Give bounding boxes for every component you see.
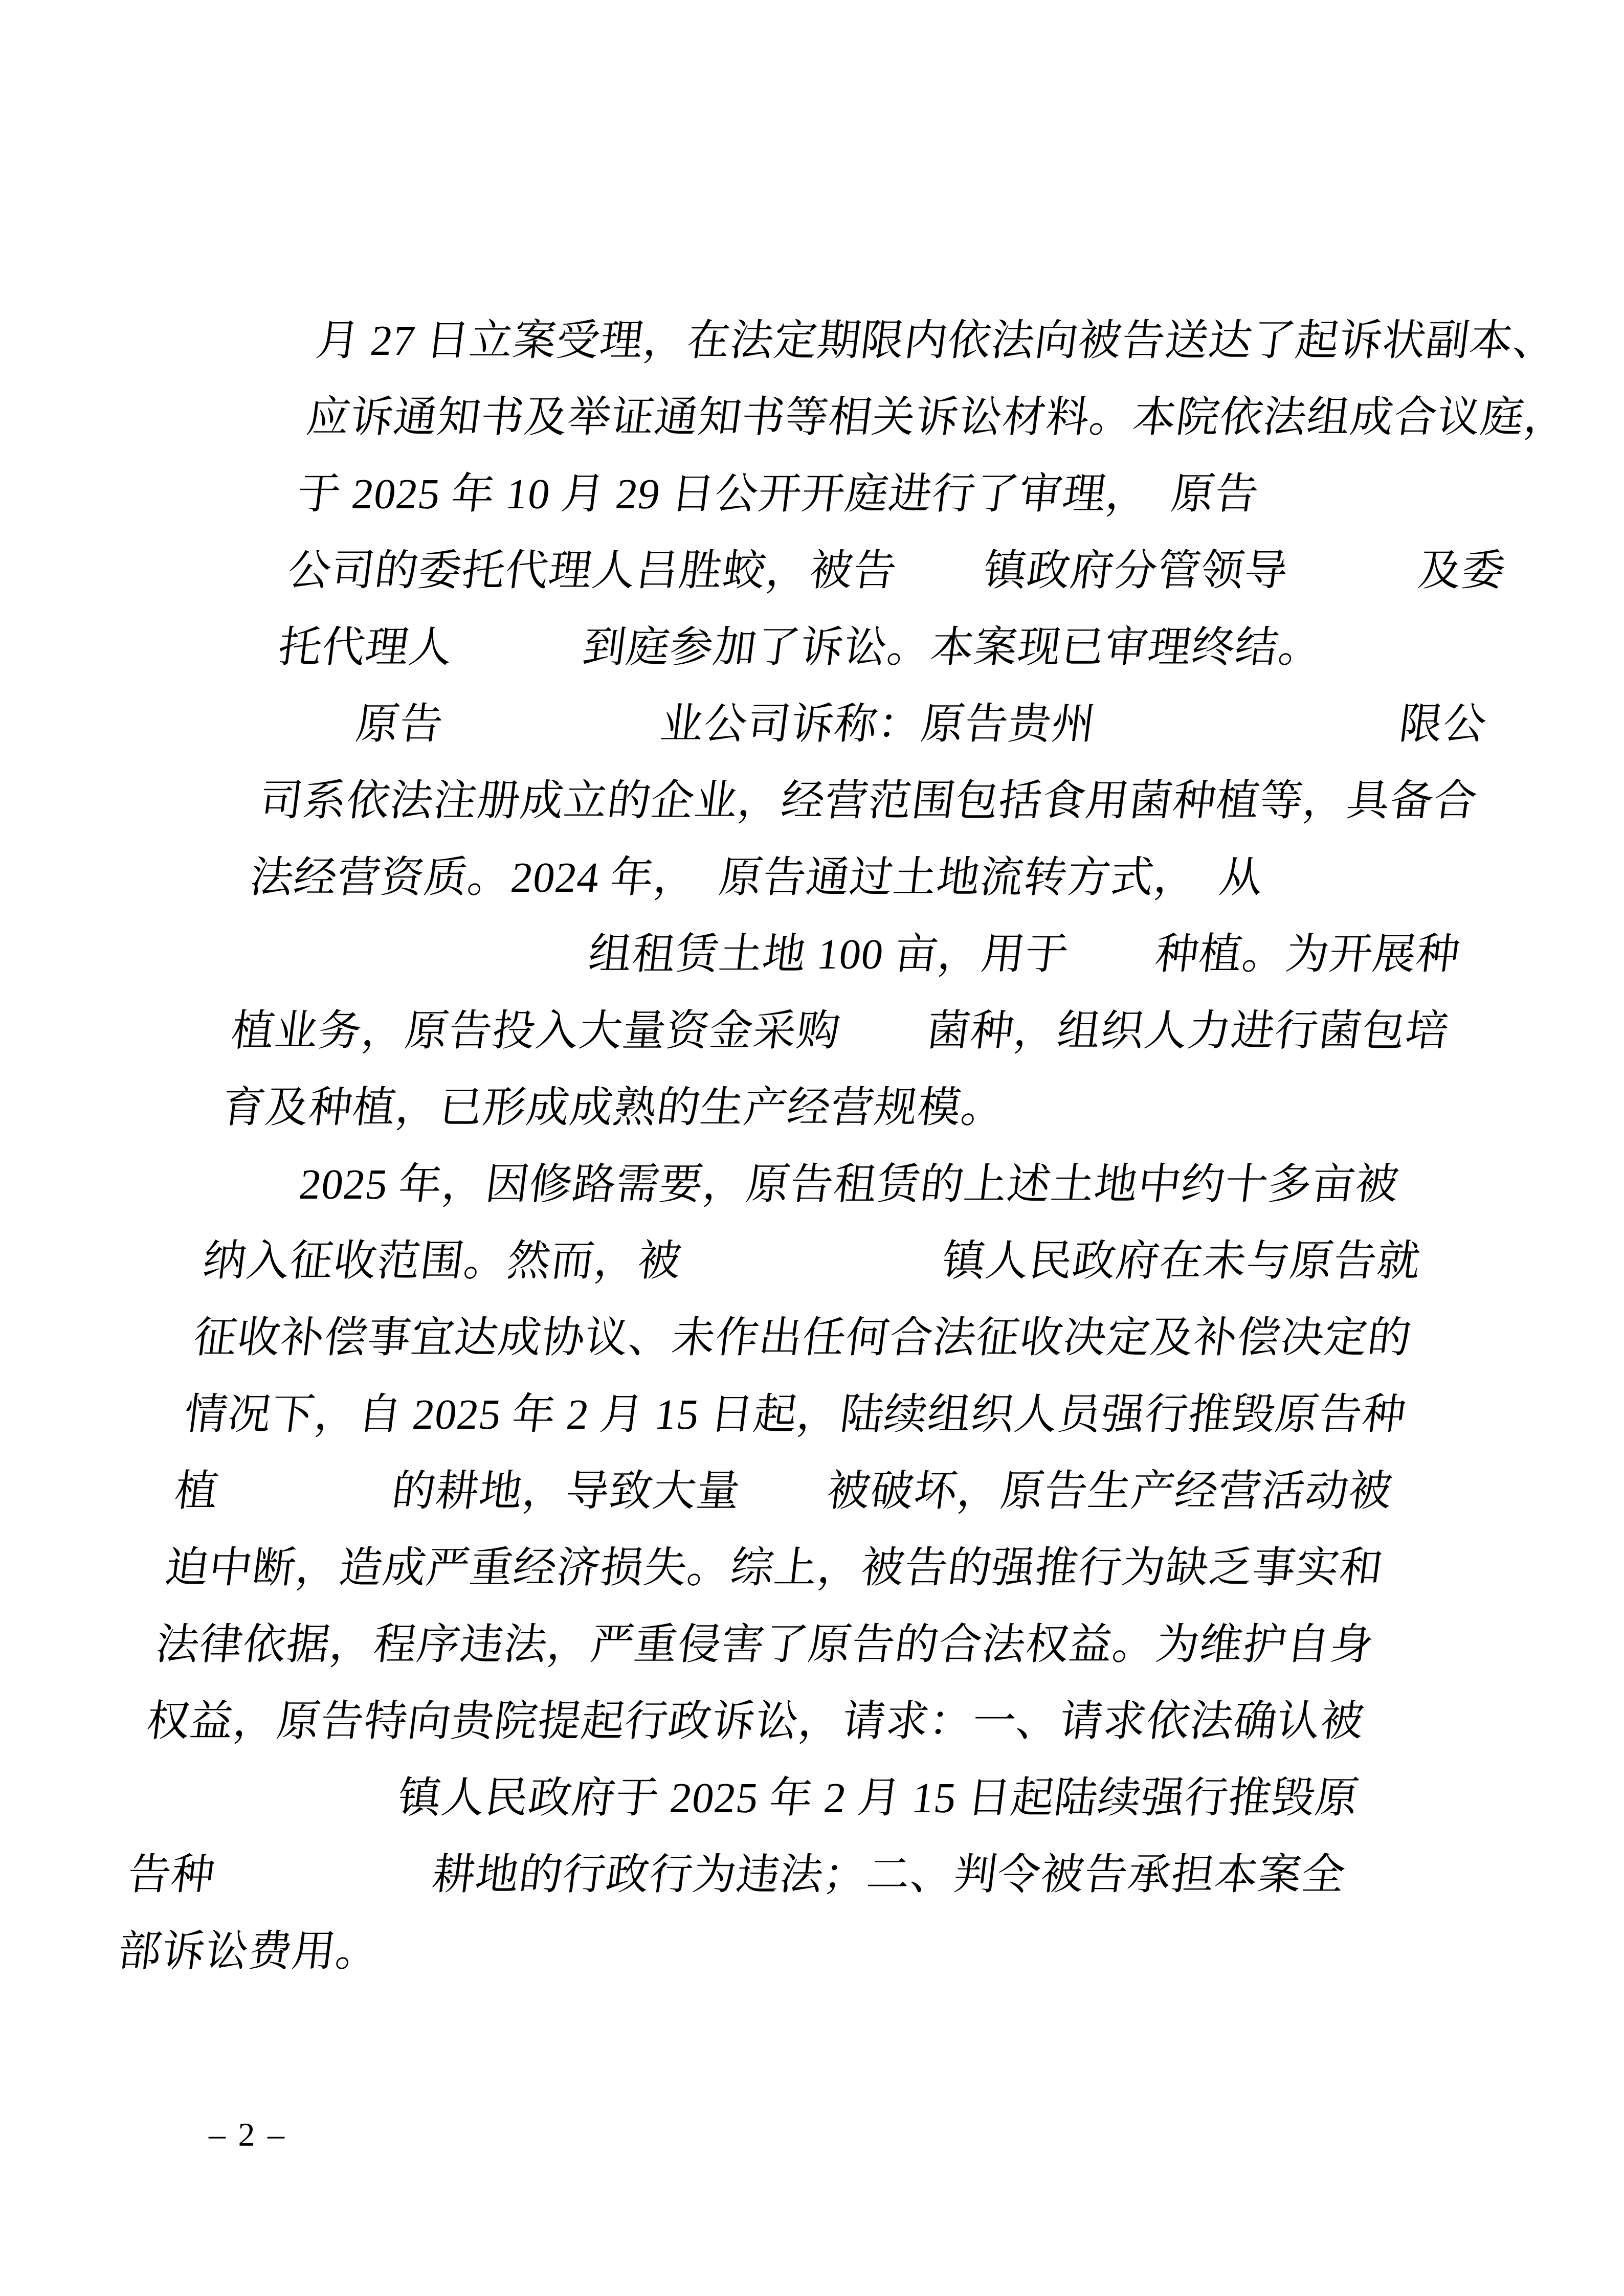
text-line: 部诉讼费用。 — [114, 1914, 1361, 1990]
text-line: 原告 业公司诉称：原告贵州 限公 — [264, 686, 1511, 763]
text-line: 于 2025 年 10 月 29 日公开开庭进行了审理， 原告 — [293, 456, 1540, 533]
text-line: 组租赁土地 100 亩，用于 种植。为开展种 — [236, 916, 1483, 993]
text-line: 迫中断，造成严重经济损失。综上，被告的强推行为缺乏事实和 — [161, 1530, 1408, 1607]
text-line: 植 的耕地，导致大量 被破坏，原告生产经营活动被 — [170, 1453, 1417, 1530]
text-line: 法律依据，程序违法，严重侵害了原告的合法权益。为维护自身 — [151, 1607, 1398, 1683]
text-line: 征收补偿事宜达成协议、未作出任何合法征收决定及补偿决定的 — [189, 1300, 1436, 1377]
text-line: 月 27 日立案受理，在法定期限内依法向被告送达了起诉状副本、 — [312, 303, 1559, 379]
text-line: 情况下，自 2025 年 2 月 15 日起，陆续组织人员强行推毁原告种 — [180, 1377, 1427, 1453]
text-line: 司系依法注册成立的企业，经营范围包括食用菌种植等，具备合 — [255, 763, 1502, 840]
text-line: 镇人民政府于 2025 年 2 月 15 日起陆续强行推毁原 — [132, 1760, 1380, 1837]
text-line: 纳入征收范围。然而，被 镇人民政府在未与原告就 — [198, 1223, 1445, 1300]
text-line: 法经营资质。2024 年， 原告通过土地流转方式， 从 — [246, 840, 1493, 916]
page-number: – 2 – — [209, 2112, 286, 2158]
text-line: 植业务，原告投入大量资金采购 菌种，组织人力进行菌包培 — [227, 993, 1474, 1070]
text-line: 育及种植，已形成成熟的生产经营规模。 — [217, 1070, 1464, 1146]
text-line: 告种 耕地的行政行为违法；二、判令被告承担本案全 — [123, 1837, 1370, 1914]
text-line: 应诉通知书及举证通知书等相关诉讼材料。本院依法组成合议庭， — [302, 379, 1549, 456]
text-line: 托代理人 到庭参加了诉讼。本案现已审理终结。 — [274, 610, 1521, 686]
document-page: 月 27 日立案受理，在法定期限内依法向被告送达了起诉状副本、 应诉通知书及举证… — [0, 0, 1624, 2296]
text-line: 权益，原告特向贵院提起行政诉讼，请求：一、请求依法确认被 — [142, 1683, 1389, 1760]
text-line: 公司的委托代理人吕胜蛟，被告 镇政府分管领导 及委 — [283, 533, 1530, 610]
judgment-text-block: 月 27 日立案受理，在法定期限内依法向被告送达了起诉状副本、 应诉通知书及举证… — [114, 303, 1559, 1990]
text-line: 2025 年，因修路需要，原告租赁的上述土地中约十多亩被 — [208, 1146, 1455, 1223]
